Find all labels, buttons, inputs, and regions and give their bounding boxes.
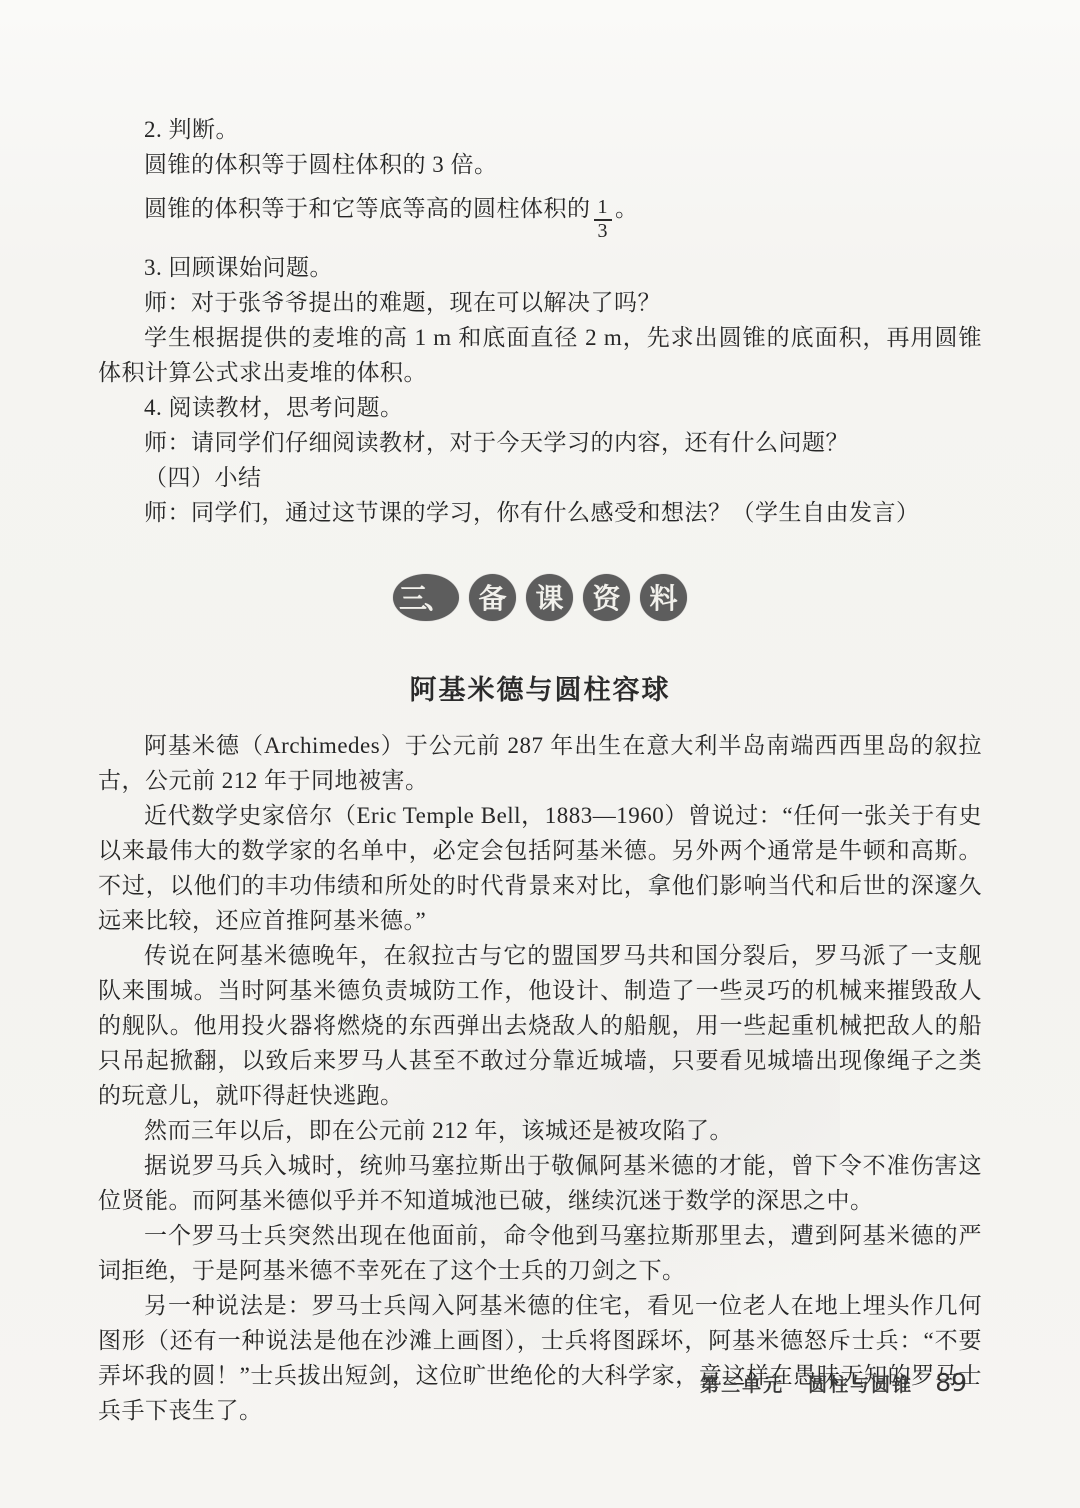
fraction-denominator: 3: [594, 219, 613, 243]
judge-item-1: 圆锥的体积等于圆柱体积的 3 倍。: [98, 147, 982, 182]
section-header-badge: 备: [469, 574, 516, 621]
article-paragraph: 一个罗马士兵突然出现在他面前，命令他到马塞拉斯那里去，遭到阿基米德的严词拒绝，于…: [98, 1218, 982, 1288]
fraction-numerator: 1: [594, 197, 613, 219]
page-content: 2. 判断。 圆锥的体积等于圆柱体积的 3 倍。 圆锥的体积等于和它等底等高的圆…: [98, 112, 982, 1428]
article-paragraph: 另一种说法是：罗马士兵闯入阿基米德的住宅，看见一位老人在地上埋头作几何图形（还有…: [98, 1288, 982, 1428]
section-header-badge: 三、: [393, 574, 459, 621]
lesson-steps-section: 2. 判断。 圆锥的体积等于圆柱体积的 3 倍。 圆锥的体积等于和它等底等高的圆…: [98, 112, 982, 530]
judge-item-2-period: 。: [615, 196, 639, 221]
teacher-question-2: 师：请同学们仔细阅读教材，对于今天学习的内容，还有什么问题？: [98, 425, 982, 460]
article-paragraph: 然而三年以后，即在公元前 212 年，该城还是被攻陷了。: [98, 1113, 982, 1148]
article-paragraph: 近代数学史家倍尔（Eric Temple Bell，1883—1960）曾说过：…: [98, 798, 982, 938]
section-header-badges: 三、备课资料: [98, 574, 982, 621]
section-header-badge: 料: [640, 574, 687, 621]
judge-item-2-text: 圆锥的体积等于和它等底等高的圆柱体积的: [144, 196, 591, 221]
textbook-page: 2. 判断。 圆锥的体积等于圆柱体积的 3 倍。 圆锥的体积等于和它等底等高的圆…: [0, 0, 1080, 1508]
summary-heading: （四）小结: [98, 460, 982, 495]
step-3-heading: 3. 回顾课始问题。: [98, 250, 982, 285]
fraction-one-third: 13: [594, 197, 613, 242]
step-2-heading: 2. 判断。: [98, 112, 982, 147]
judge-item-2: 圆锥的体积等于和它等底等高的圆柱体积的13。: [98, 191, 982, 243]
article-paragraph: 阿基米德（Archimedes）于公元前 287 年出生在意大利半岛南端西西里岛…: [98, 728, 982, 798]
teacher-question-3: 师：同学们，通过这节课的学习，你有什么感受和想法？（学生自由发言）: [98, 495, 982, 530]
article-title: 阿基米德与圆柱容球: [98, 668, 982, 707]
footer-unit-label: 第三单元: [700, 1370, 784, 1397]
step-4-heading: 4. 阅读教材，思考问题。: [98, 390, 982, 425]
page-footer: 第三单元 圆柱与圆锥 89: [700, 1368, 967, 1397]
article-paragraph: 据说罗马兵入城时，统帅马塞拉斯出于敬佩阿基米德的才能，曾下令不准伤害这位贤能。而…: [98, 1148, 982, 1218]
footer-page-number: 89: [935, 1368, 967, 1397]
footer-chapter-label: 圆柱与圆锥: [808, 1370, 913, 1397]
teacher-question-1: 师：对于张爷爷提出的难题，现在可以解决了吗？: [98, 285, 982, 320]
article-paragraph: 传说在阿基米德晚年，在叙拉古与它的盟国罗马共和国分裂后，罗马派了一支舰队来围城。…: [98, 938, 982, 1113]
article-body: 阿基米德（Archimedes）于公元前 287 年出生在意大利半岛南端西西里岛…: [98, 728, 982, 1428]
student-answer: 学生根据提供的麦堆的高 1 m 和底面直径 2 m，先求出圆锥的底面积，再用圆锥…: [98, 320, 982, 390]
section-header-badge: 资: [583, 574, 630, 621]
section-header-badge: 课: [526, 574, 573, 621]
